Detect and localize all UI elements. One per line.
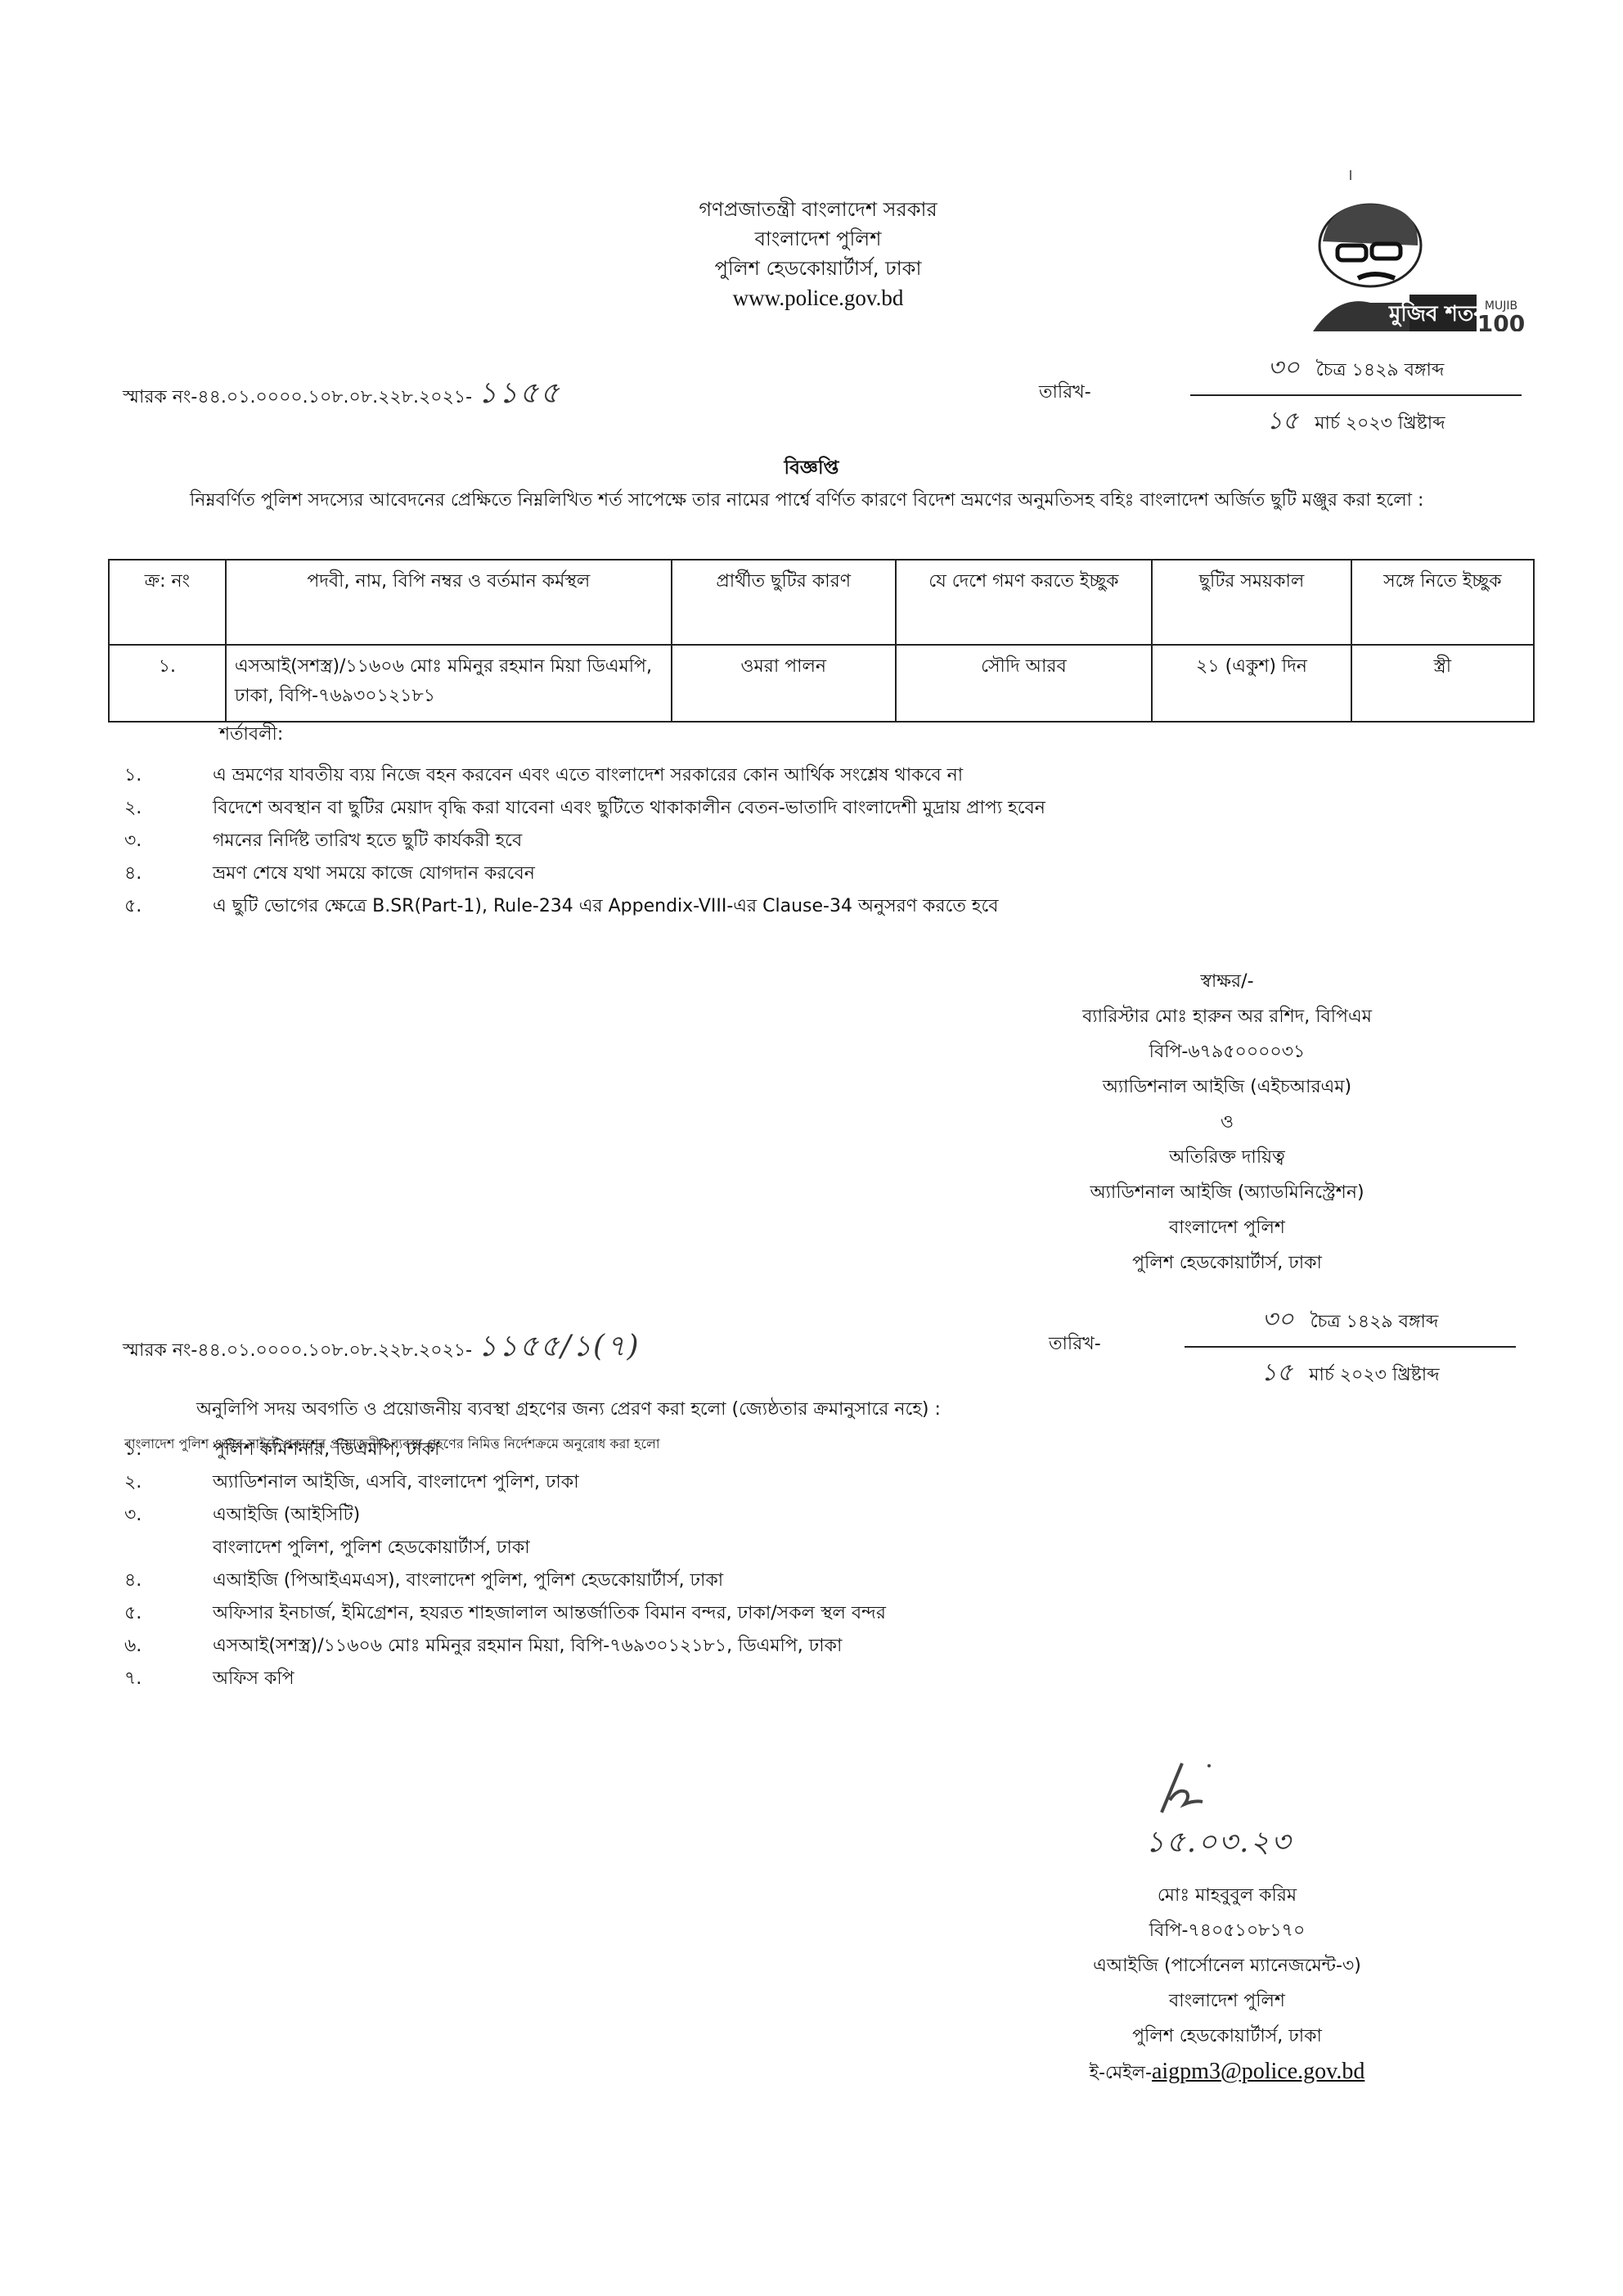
signatory-additional-designation: অ্যাডিশনাল আইজি (অ্যাডমিনিস্ট্রেশন): [973, 1175, 1481, 1210]
dept-name: বাংলাদেশ পুলিশ: [573, 224, 1063, 254]
date-block-1: ৩০চৈত্র ১৪২৯ বঙ্গাব্দ ১৫মার্চ ২০২৩ খ্রিষ…: [1190, 348, 1522, 443]
scan-mark: [1350, 170, 1351, 180]
memo-label: স্মারক নং-৪৪.০১.০০০০.১০৮.০৮.২২৮.২০২১-: [123, 387, 472, 407]
col-reason: প্রার্থীত ছুটির কারণ: [672, 560, 896, 645]
list-item: ৩.এআইজি (আইসিটি)বাংলাদেশ পুলিশ, পুলিশ হে…: [124, 1499, 1556, 1564]
list-item: ৬.এসআই(সশস্ত্র)/১১৬০৬ মোঃ মমিনুর রহমান ম…: [124, 1630, 1556, 1663]
signatory-and: ও: [973, 1105, 1481, 1140]
memo-number-1: স্মারক নং-৪৪.০১.০০০০.১০৮.০৮.২২৮.২০২১- ১১…: [123, 371, 561, 420]
list-item: ২.বিদেশে অবস্থান বা ছুটির মেয়াদ বৃদ্ধি …: [124, 792, 1515, 825]
govt-name: গণপ্রজাতন্ত্রী বাংলাদেশ সরকার: [573, 195, 1063, 224]
signatory-additional: অতিরিক্ত দায়িত্ব: [973, 1140, 1481, 1175]
date-divider: [1190, 394, 1522, 396]
copies-list: ১.পুলিশ কমিশনার, ডিএমপি, ঢাকা ২.অ্যাডিশন…: [124, 1434, 1556, 1695]
date-bangla-day: ৩০: [1268, 353, 1300, 382]
date-gregorian-day: ১৫: [1261, 1358, 1293, 1387]
date-gregorian: মার্চ ২০২৩ খ্রিষ্টাব্দ: [1315, 413, 1445, 434]
col-country: যে দেশে গমণ করতে ইচ্ছুক: [896, 560, 1153, 645]
col-serial: ক্র: নং: [109, 560, 226, 645]
cell-country: সৌদি আরব: [896, 645, 1153, 722]
date-bangla: চৈত্র ১৪২৯ বঙ্গাব্দ: [1316, 360, 1445, 380]
table-header-row: ক্র: নং পদবী, নাম, বিপি নম্বর ও বর্তমান …: [109, 560, 1534, 645]
letterhead: গণপ্রজাতন্ত্রী বাংলাদেশ সরকার বাংলাদেশ প…: [573, 195, 1063, 313]
office-name: পুলিশ হেডকোয়ার্টার্স, ঢাকা: [573, 254, 1063, 283]
memo-handwritten-number: ১১৫৫: [478, 376, 560, 410]
terms-title: শর্তাবলী:: [219, 720, 283, 750]
cell-duration: ২১ (একুশ) দিন: [1152, 645, 1351, 722]
signatory-org: বাংলাদেশ পুলিশ: [973, 1210, 1481, 1245]
cell-reason: ওমরা পালন: [672, 645, 896, 722]
date-block-2: ৩০চৈত্র ১৪২৯ বঙ্গাব্দ ১৫মার্চ ২০২৩ খ্রিষ…: [1185, 1299, 1516, 1394]
signatory-block-2: মোঃ মাহবুবুল করিম বিপি-৭৪০৫১০৮১৭০ এআইজি …: [973, 1878, 1481, 2091]
memo-label: স্মারক নং-৪৪.০১.০০০০.১০৮.০৮.২২৮.২০২১-: [123, 1340, 472, 1361]
handwritten-signature: ১৫.০৩.২৩: [1145, 1759, 1292, 1869]
date-bangla: চৈত্র ১৪২৯ বঙ্গাব্দ: [1311, 1312, 1439, 1332]
signatory-block-1: স্বাক্ষর/- ব্যারিস্টার মোঃ হারুন অর রশিদ…: [973, 964, 1481, 1281]
notice-title: বিজ্ঞপ্তি: [0, 452, 1623, 484]
list-item: ৫.এ ছুটি ভোগের ক্ষেত্রে B.SR(Part-1), Ru…: [124, 890, 1515, 923]
cell-designation: এসআই(সশস্ত্র)/১১৬০৬ মোঃ মমিনুর রহমান মিয…: [226, 645, 672, 722]
cell-serial: ১.: [109, 645, 226, 722]
signatory-bp: বিপি-৭৪০৫১০৮১৭০: [973, 1913, 1481, 1948]
col-designation: পদবী, নাম, বিপি নম্বর ও বর্তমান কর্মস্থল: [226, 560, 672, 645]
terms-list: ১.এ ভ্রমণের যাবতীয় ব্যয় নিজে বহন করবেন…: [124, 759, 1515, 923]
handwritten-date: ১৫.০৩.২৩: [1145, 1820, 1292, 1869]
date-label: তারিখ-: [1039, 378, 1091, 408]
signatory-designation: এআইজি (পার্সোনেল ম্যানেজমেন্ট-৩): [973, 1948, 1481, 1983]
date-divider: [1185, 1346, 1516, 1348]
signatory-bp: বিপি-৬৭৯৫০০০০৩১: [973, 1034, 1481, 1069]
table-row: ১. এসআই(সশস্ত্র)/১১৬০৬ মোঃ মমিনুর রহমান …: [109, 645, 1534, 722]
website-link[interactable]: www.police.gov.bd: [573, 283, 1063, 313]
notice-intro: নিম্নবর্ণিত পুলিশ সদস্যের আবেদনের প্রেক্…: [108, 484, 1531, 517]
cell-companion: স্ত্রী: [1351, 645, 1534, 722]
list-item: ৩.গমনের নির্দিষ্ট তারিখ হতে ছুটি কার্যকর…: [124, 825, 1515, 858]
signatory-name: মোঃ মাহবুবুল করিম: [973, 1878, 1481, 1913]
list-item: ১.এ ভ্রমণের যাবতীয় ব্যয় নিজে বহন করবেন…: [124, 759, 1515, 792]
date-gregorian-day: ১৫: [1266, 407, 1298, 435]
col-companion: সঙ্গে নিতে ইচ্ছুক: [1351, 560, 1534, 645]
svg-text:100: 100: [1477, 310, 1525, 331]
date-label: তারিখ-: [1049, 1330, 1101, 1360]
signatory-designation: অ্যাডিশনাল আইজি (এইচআরএম): [973, 1069, 1481, 1105]
list-item: ৪.ভ্রমণ শেষে যথা সময়ে কাজে যোগদান করবেন: [124, 858, 1515, 890]
leave-table: ক্র: নং পদবী, নাম, বিপি নম্বর ও বর্তমান …: [108, 559, 1535, 723]
signatory-org: বাংলাদেশ পুলিশ: [973, 1983, 1481, 2019]
signatory-office: পুলিশ হেডকোয়ার্টার্স, ঢাকা: [973, 1245, 1481, 1281]
email-label: ই-মেইল-: [1090, 2063, 1152, 2083]
list-item: ৫.অফিসার ইনচার্জ, ইমিগ্রেশন, হযরত শাহজাল…: [124, 1597, 1556, 1630]
signature-scribble-icon: [1145, 1759, 1243, 1817]
mujib-100-logo-icon: মুজিব শতবর্ষ MUJIB 100: [1305, 196, 1526, 331]
list-item: ৪.এআইজি (পিআইএমএস), বাংলাদেশ পুলিশ, পুলি…: [124, 1564, 1556, 1597]
list-item: ৭.অফিস কপি: [124, 1663, 1556, 1695]
email-link[interactable]: aigpm3@police.gov.bd: [1152, 2059, 1364, 2084]
signatory-office: পুলিশ হেডকোয়ার্টার্স, ঢাকা: [973, 2019, 1481, 2054]
copies-intro: অনুলিপি সদয় অবগতি ও প্রয়োজনীয় ব্যবস্থ…: [196, 1395, 941, 1425]
memo-handwritten-number: ১১৫৫/১(৭): [478, 1330, 640, 1363]
date-gregorian: মার্চ ২০২৩ খ্রিষ্টাব্দ: [1309, 1365, 1439, 1385]
copies-note: বাংলাদেশ পুলিশ ওয়েব সাইটে প্রকাশের প্রয…: [124, 1434, 1556, 1456]
signatory-name: ব্যারিস্টার মোঃ হারুন অর রশিদ, বিপিএম: [973, 999, 1481, 1034]
signed-mark: স্বাক্ষর/-: [973, 964, 1481, 999]
memo-number-2: স্মারক নং-৪৪.০১.০০০০.১০৮.০৮.২২৮.২০২১- ১১…: [123, 1324, 641, 1373]
list-item: ২.অ্যাডিশনাল আইজি, এসবি, বাংলাদেশ পুলিশ,…: [124, 1466, 1556, 1499]
col-duration: ছুটির সময়কাল: [1152, 560, 1351, 645]
date-bangla-day: ৩০: [1262, 1305, 1294, 1334]
